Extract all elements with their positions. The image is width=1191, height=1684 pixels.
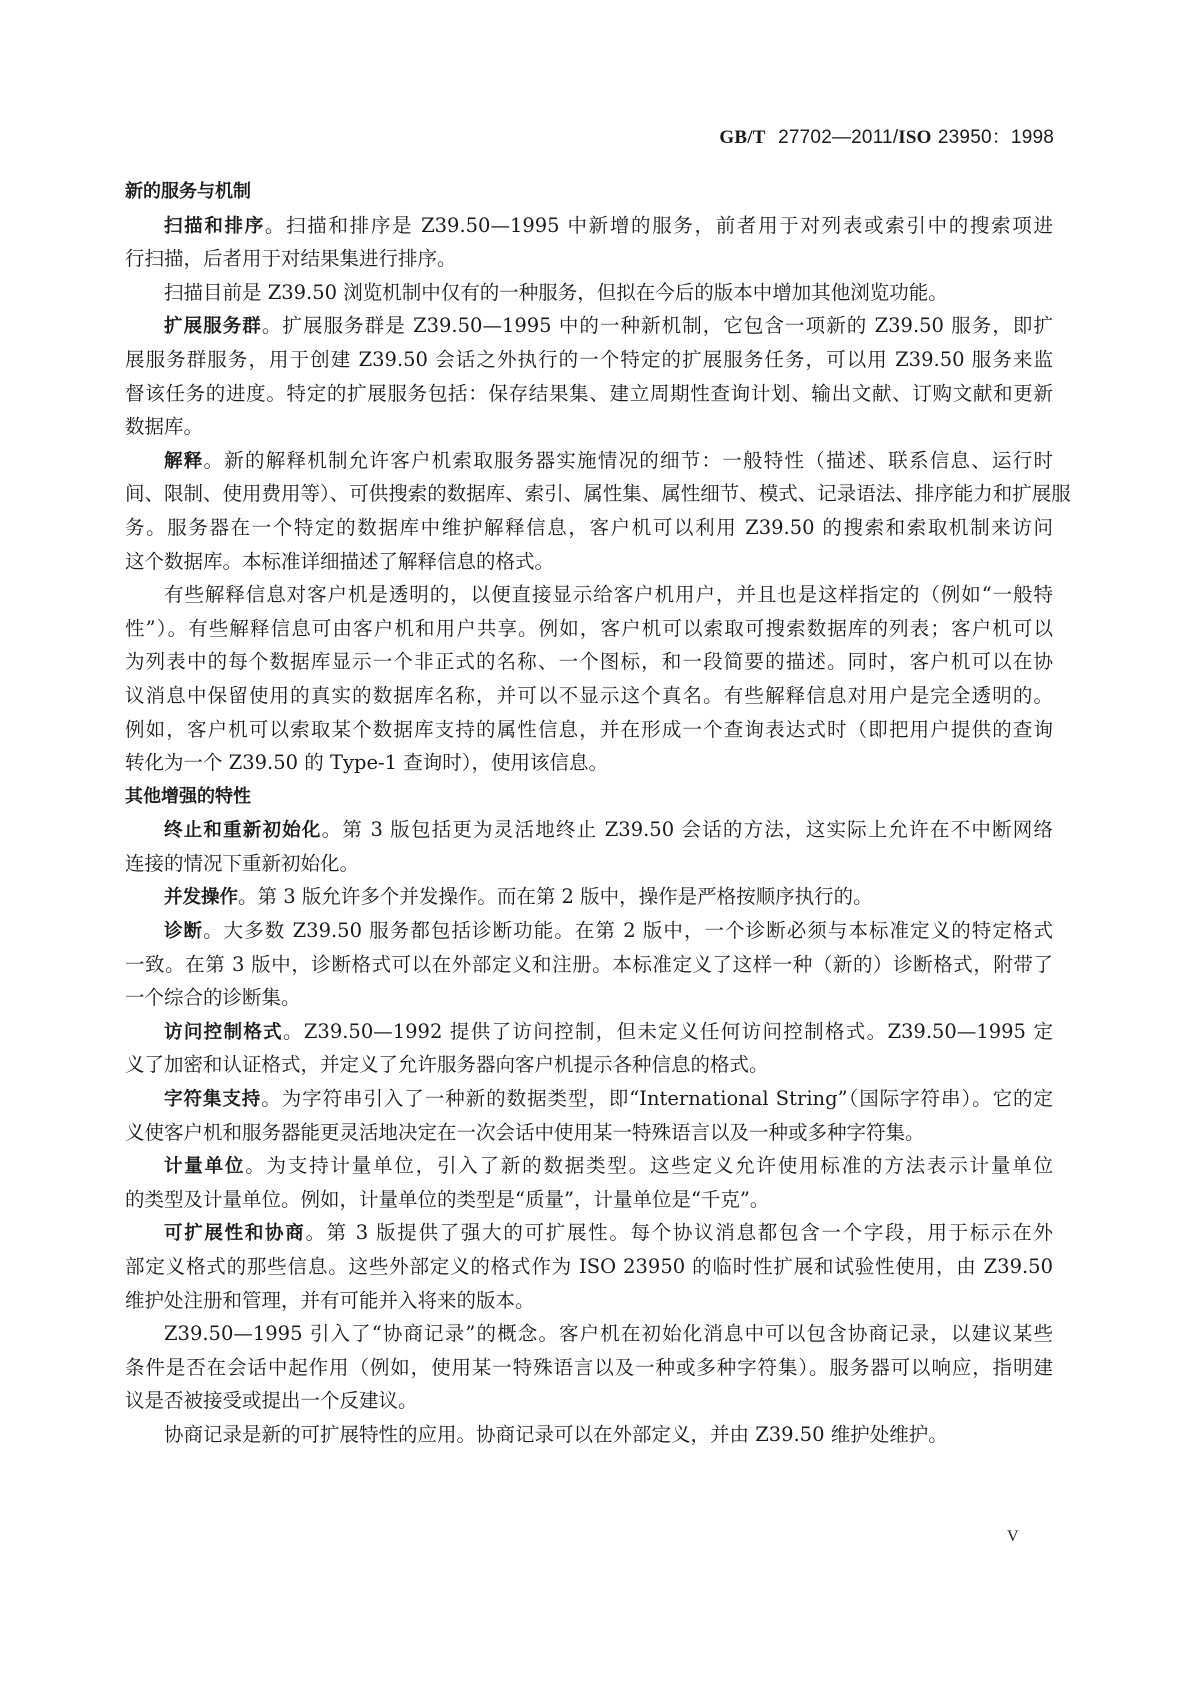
paragraph-line: 一个综合的诊断集。 xyxy=(125,981,1053,1015)
term-label: 可扩展性和协商 xyxy=(164,1223,305,1244)
paragraph-line: 这个数据库。本标准详细描述了解释信息的格式。 xyxy=(125,545,1053,579)
section-heading: 其他增强的特性 xyxy=(125,780,1053,814)
paragraph-line: 性”）。有些解释信息可由客户机和用户共享。例如，客户机可以索取可搜索数据库的列表… xyxy=(125,612,1053,646)
paragraph-line: 协商记录是新的可扩展特性的应用。协商记录可以在外部定义，并由 Z39.50 维护… xyxy=(125,1418,1053,1452)
paragraph-line: 可扩展性和协商。第 3 版提供了强大的可扩展性。每个协议消息都包含一个字段，用于… xyxy=(125,1216,1053,1250)
paragraph-text: 。新的解释机制允许客户机索取服务器实施情况的细节：一般特性（描述、联系信息、运行… xyxy=(204,449,1053,472)
paragraph-text: 。为字符串引入了一种新的数据类型，即“International String”… xyxy=(261,1087,1053,1110)
paragraph-text: 。第 3 版包括更为灵活地终止 Z39.50 会话的方法，这实际上允许在不中断网… xyxy=(322,818,1053,841)
term-label: 扫描和排序 xyxy=(164,216,265,237)
paragraph-line: 扫描和排序。扫描和排序是 Z39.50—1995 中新增的服务，前者用于对列表或… xyxy=(125,209,1053,243)
paragraph-line: 字符集支持。为字符串引入了一种新的数据类型，即“International St… xyxy=(125,1082,1053,1116)
standard-number: 27702—2011/ xyxy=(778,127,898,148)
document-page: GB/T 27702—2011/ISO 23950：1998 新的服务与机制 扫… xyxy=(0,0,1191,1684)
term-label: 并发操作 xyxy=(164,887,238,908)
paragraph-line: 行扫描，后者用于对结果集进行排序。 xyxy=(125,242,1053,276)
term-label: 计量单位 xyxy=(164,1156,245,1177)
page-number: V xyxy=(1007,1528,1019,1546)
paragraph-line: 展服务群服务，用于创建 Z39.50 会话之外执行的一个特定的扩展服务任务，可以… xyxy=(125,343,1053,377)
paragraph-extensibility: 可扩展性和协商。第 3 版提供了强大的可扩展性。每个协议消息都包含一个字段，用于… xyxy=(125,1216,1053,1317)
paragraph-line: 并发操作。第 3 版允许多个并发操作。而在第 2 版中，操作是严格按顺序执行的。 xyxy=(125,880,1053,914)
paragraph-line: 有些解释信息对客户机是透明的，以便直接显示给客户机用户，并且也是这样指定的（例如… xyxy=(125,578,1053,612)
paragraph-line: 议消息中保留使用的真实的数据库名称，并可以不显示这个真名。有些解释信息对用户是完… xyxy=(125,679,1053,713)
paragraph-line: 义了加密和认证格式，并定义了允许服务器向客户机提示各种信息的格式。 xyxy=(125,1048,1053,1082)
paragraph-text: 。大多数 Z39.50 服务都包括诊断功能。在第 2 版中，一个诊断必须与本标准… xyxy=(203,919,1053,942)
paragraph-text: 。为支持计量单位，引入了新的数据类型。这些定义允许使用标准的方法表示计量单位 xyxy=(245,1154,1053,1177)
paragraph-line: 转化为一个 Z39.50 的 Type-1 查询时），使用该信息。 xyxy=(125,746,1053,780)
paragraph-scan-sort: 扫描和排序。扫描和排序是 Z39.50—1995 中新增的服务，前者用于对列表或… xyxy=(125,209,1053,276)
paragraph-line: 例如，客户机可以索取某个数据库支持的属性信息，并在形成一个查询表达式时（即把用户… xyxy=(125,713,1053,747)
paragraph-concurrent: 并发操作。第 3 版允许多个并发操作。而在第 2 版中，操作是严格按顺序执行的。 xyxy=(125,880,1053,914)
paragraph-text: 。扩展服务群是 Z39.50—1995 中的一种新机制，它包含一项新的 Z39.… xyxy=(262,314,1053,337)
standard-prefix: GB/T xyxy=(719,127,765,148)
paragraph-termination: 终止和重新初始化。第 3 版包括更为灵活地终止 Z39.50 会话的方法，这实际… xyxy=(125,813,1053,880)
term-label: 访问控制格式 xyxy=(164,1022,283,1043)
paragraph-line: 督该任务的进度。特定的扩展服务包括：保存结果集、建立周期性查询计划、输出文献、订… xyxy=(125,377,1053,411)
iso-number: 23950：1998 xyxy=(938,127,1054,148)
paragraph-scan-note: 扫描目前是 Z39.50 浏览机制中仅有的一种服务，但拟在今后的版本中增加其他浏… xyxy=(125,276,1053,310)
paragraph-negotiation-application: 协商记录是新的可扩展特性的应用。协商记录可以在外部定义，并由 Z39.50 维护… xyxy=(125,1418,1053,1452)
paragraph-negotiation-records: Z39.50—1995 引入了“协商记录”的概念。客户机在初始化消息中可以包含协… xyxy=(125,1317,1053,1418)
section-heading: 新的服务与机制 xyxy=(125,175,1053,209)
paragraph-text: 。第 3 版允许多个并发操作。而在第 2 版中，操作是严格按顺序执行的。 xyxy=(238,885,873,908)
paragraph-line: 解释。新的解释机制允许客户机索取服务器实施情况的细节：一般特性（描述、联系信息、… xyxy=(125,444,1053,478)
paragraph-line: Z39.50—1995 引入了“协商记录”的概念。客户机在初始化消息中可以包含协… xyxy=(125,1317,1053,1351)
paragraph-explain-transparency: 有些解释信息对客户机是透明的，以便直接显示给客户机用户，并且也是这样指定的（例如… xyxy=(125,578,1053,780)
paragraph-line: 计量单位。为支持计量单位，引入了新的数据类型。这些定义允许使用标准的方法表示计量… xyxy=(125,1149,1053,1183)
document-body: 新的服务与机制 扫描和排序。扫描和排序是 Z39.50—1995 中新增的服务，… xyxy=(125,175,1053,1452)
paragraph-line: 义使客户机和服务器能更灵活地决定在一次会话中使用某一特殊语言以及一种或多种字符集… xyxy=(125,1116,1053,1150)
paragraph-diagnostics: 诊断。大多数 Z39.50 服务都包括诊断功能。在第 2 版中，一个诊断必须与本… xyxy=(125,914,1053,1015)
paragraph-text: 。Z39.50—1992 提供了访问控制，但未定义任何访问控制格式。Z39.50… xyxy=(283,1020,1053,1043)
term-label: 终止和重新初始化 xyxy=(164,820,322,841)
paragraph-explain: 解释。新的解释机制允许客户机索取服务器实施情况的细节：一般特性（描述、联系信息、… xyxy=(125,444,1053,578)
paragraph-line: 扩展服务群。扩展服务群是 Z39.50—1995 中的一种新机制，它包含一项新的… xyxy=(125,309,1053,343)
paragraph-line: 条件是否在会话中起作用（例如，使用某一特殊语言以及一种或多种字符集）。服务器可以… xyxy=(125,1351,1053,1385)
paragraph-line: 为列表中的每个数据库显示一个非正式的名称、一个图标，和一段简要的描述。同时，客户… xyxy=(125,645,1053,679)
paragraph-line: 访问控制格式。Z39.50—1992 提供了访问控制，但未定义任何访问控制格式。… xyxy=(125,1015,1053,1049)
paragraph-line: 扫描目前是 Z39.50 浏览机制中仅有的一种服务，但拟在今后的版本中增加其他浏… xyxy=(125,276,1053,310)
term-label: 诊断 xyxy=(164,921,203,942)
paragraph-line: 连接的情况下重新初始化。 xyxy=(125,847,1053,881)
term-label: 字符集支持 xyxy=(164,1089,261,1110)
paragraph-line: 终止和重新初始化。第 3 版包括更为灵活地终止 Z39.50 会话的方法，这实际… xyxy=(125,813,1053,847)
paragraph-access-control: 访问控制格式。Z39.50—1992 提供了访问控制，但未定义任何访问控制格式。… xyxy=(125,1015,1053,1082)
paragraph-text: 。扫描和排序是 Z39.50—1995 中新增的服务，前者用于对列表或索引中的搜… xyxy=(265,214,1053,237)
iso-prefix: ISO xyxy=(898,127,931,148)
paragraph-line: 数据库。 xyxy=(125,410,1053,444)
paragraph-line: 诊断。大多数 Z39.50 服务都包括诊断功能。在第 2 版中，一个诊断必须与本… xyxy=(125,914,1053,948)
paragraph-text: 。第 3 版提供了强大的可扩展性。每个协议消息都包含一个字段，用于标示在外 xyxy=(305,1221,1053,1244)
paragraph-line: 部定义格式的那些信息。这些外部定义的格式作为 ISO 23950 的临时性扩展和… xyxy=(125,1250,1053,1284)
paragraph-extended-services: 扩展服务群。扩展服务群是 Z39.50—1995 中的一种新机制，它包含一项新的… xyxy=(125,309,1053,443)
paragraph-line: 务。服务器在一个特定的数据库中维护解释信息，客户机可以利用 Z39.50 的搜索… xyxy=(125,511,1053,545)
paragraph-units: 计量单位。为支持计量单位，引入了新的数据类型。这些定义允许使用标准的方法表示计量… xyxy=(125,1149,1053,1216)
paragraph-charset: 字符集支持。为字符串引入了一种新的数据类型，即“International St… xyxy=(125,1082,1053,1149)
paragraph-line: 间、限制、使用费用等）、可供搜索的数据库、索引、属性集、属性细节、模式、记录语法… xyxy=(125,477,1053,511)
term-label: 解释 xyxy=(164,451,204,472)
paragraph-line: 一致。在第 3 版中，诊断格式可以在外部定义和注册。本标准定义了这样一种（新的）… xyxy=(125,948,1053,982)
paragraph-line: 维护处注册和管理，并有可能并入将来的版本。 xyxy=(125,1284,1053,1318)
paragraph-line: 议是否被接受或提出一个反建议。 xyxy=(125,1384,1053,1418)
standard-header: GB/T 27702—2011/ISO 23950：1998 xyxy=(719,122,1054,149)
term-label: 扩展服务群 xyxy=(164,316,262,337)
paragraph-line: 的类型及计量单位。例如，计量单位的类型是“质量”，计量单位是“千克”。 xyxy=(125,1183,1053,1217)
